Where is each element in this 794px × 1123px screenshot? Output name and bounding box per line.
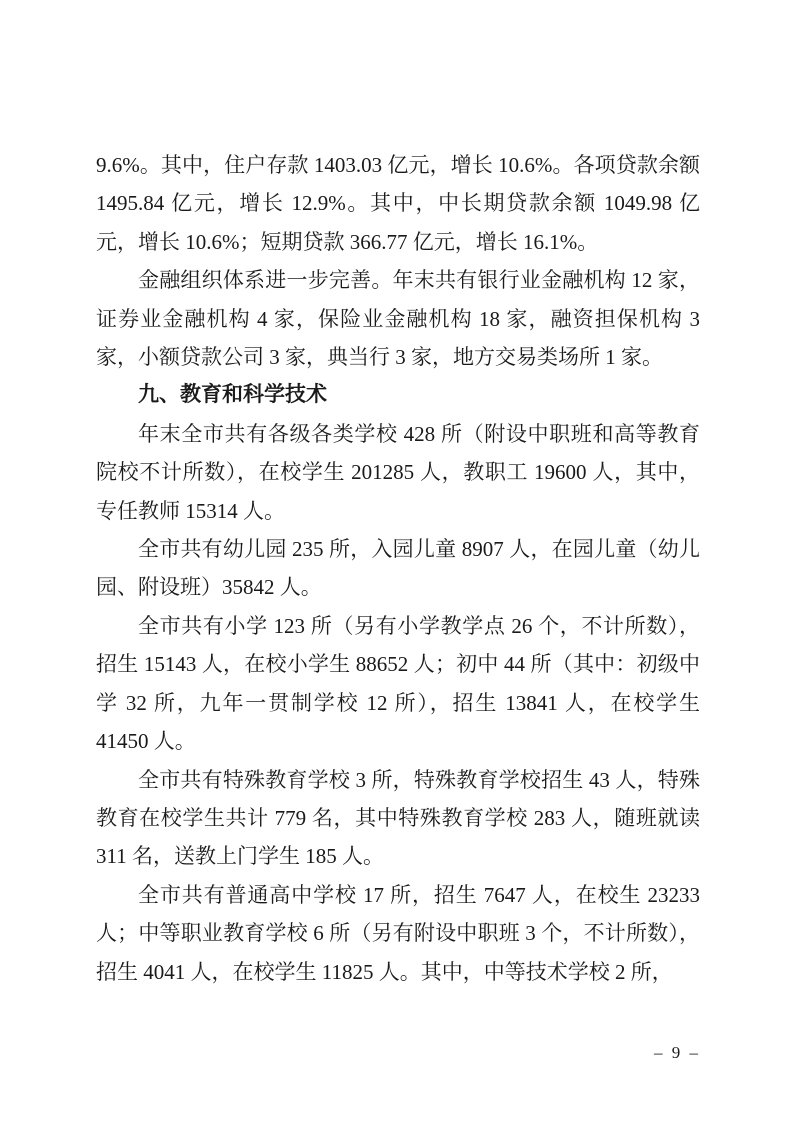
paragraph-financial-organizations: 金融组织体系进一步完善。年末共有银行业金融机构 12 家，证券业金融机构 4 家… [96,261,700,376]
paragraph-kindergartens: 全市共有幼儿园 235 所，入园儿童 8907 人，在园儿童（幼儿园、附设班）3… [96,530,700,607]
paragraph-schools-overview: 年末全市共有各级各类学校 428 所（附设中职班和高等教育院校不计所数），在校学… [96,415,700,530]
paragraph-deposits-loans: 9.6%。其中，住户存款 1403.03 亿元，增长 10.6%。各项贷款余额 … [96,146,700,261]
paragraph-special-education: 全市共有特殊教育学校 3 所，特殊教育学校招生 43 人，特殊教育在校学生共计 … [96,761,700,876]
document-body: 9.6%。其中，住户存款 1403.03 亿元，增长 10.6%。各项贷款余额 … [96,146,700,991]
paragraph-primary-middle-schools: 全市共有小学 123 所（另有小学教学点 26 个，不计所数），招生 15143… [96,607,700,761]
document-page: 9.6%。其中，住户存款 1403.03 亿元，增长 10.6%。各项贷款余额 … [0,0,794,1123]
paragraph-high-school-vocational: 全市共有普通高中学校 17 所，招生 7647 人，在校生 23233 人；中等… [96,876,700,991]
section-heading-education-science: 九、教育和科学技术 [96,376,700,414]
page-number: – 9 – [654,1043,698,1063]
